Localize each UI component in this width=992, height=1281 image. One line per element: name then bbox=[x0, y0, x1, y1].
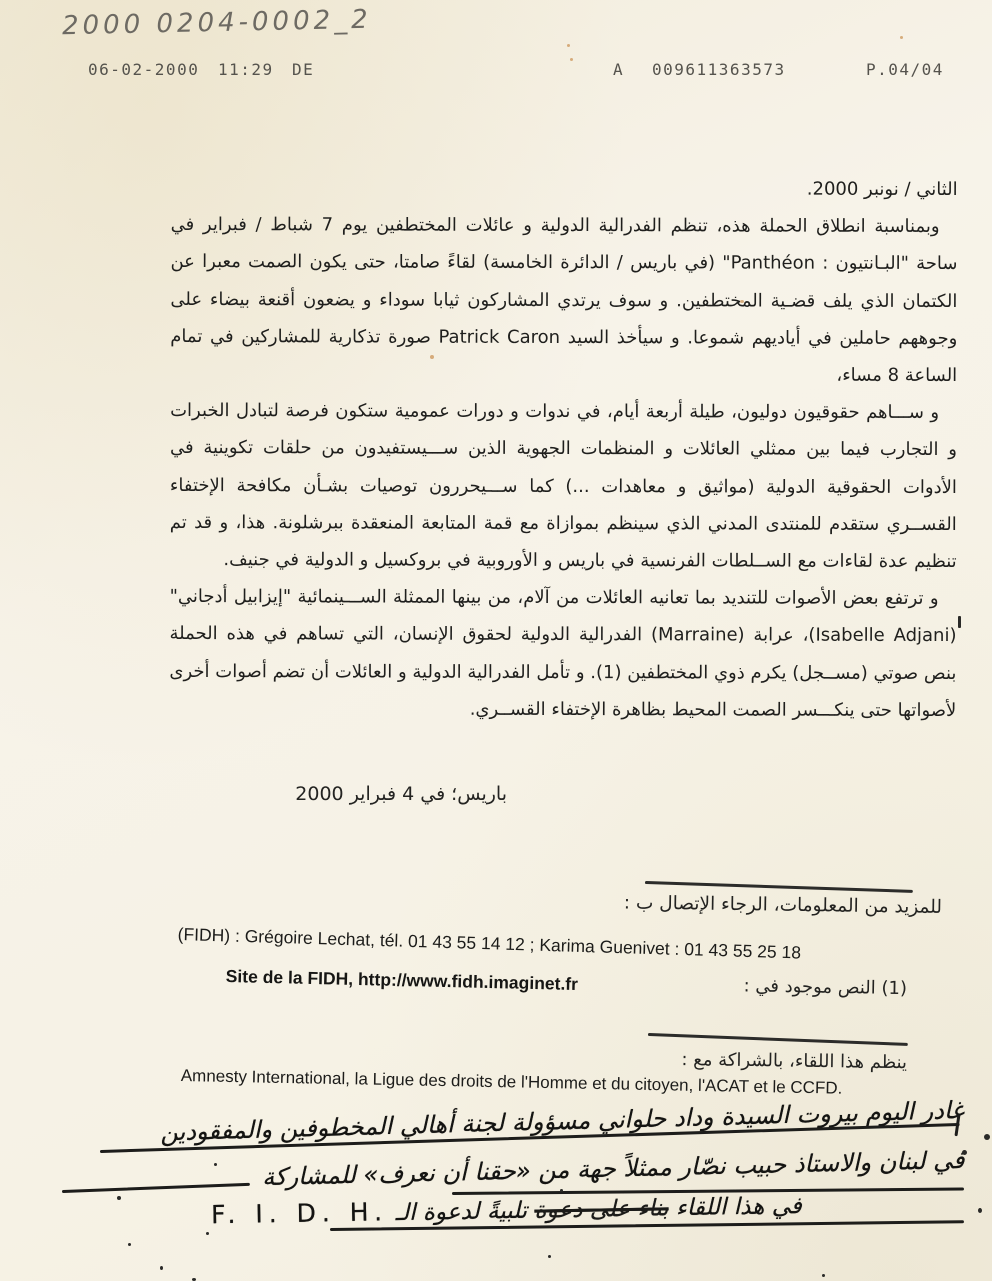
fidh-website-line: Site de la FIDH, http://www.fidh.imagine… bbox=[226, 966, 579, 995]
handwritten-fidh-acronym: F. I. D. H. bbox=[211, 1197, 388, 1229]
fax-time: 11:29 bbox=[218, 60, 274, 79]
partnership-intro-arabic: ينظم هذا اللقاء، بالشراكة مع : bbox=[587, 1048, 907, 1073]
fax-transmission-header: 06-02-2000 11:29 DE A 009611363573 P.04/… bbox=[0, 60, 992, 84]
footnote-text-available: (1) النص موجود في : bbox=[657, 974, 907, 999]
fax-number: 009611363573 bbox=[652, 60, 786, 79]
handwritten-note-line2: في لبنان والاستاذ حبيب نصّار ممثلاً جهة … bbox=[261, 1146, 964, 1191]
fax-document-page: 2000 0204-0002_2 06-02-2000 11:29 DE A 0… bbox=[0, 0, 992, 1281]
dateline-paris: باريس؛ في 4 فبراير 2000 bbox=[297, 783, 507, 805]
handwritten-line3-start: في هذا اللقاء bbox=[669, 1193, 803, 1221]
body-paragraph: وبمناسبة انطلاق الحملة هذه، تنظم الفدرال… bbox=[170, 206, 957, 394]
fax-page-indicator: P.04/04 bbox=[866, 60, 944, 79]
press-release-body: الثاني / نونبر 2000. وبمناسبة انطلاق الح… bbox=[169, 169, 957, 729]
fax-to-label: A bbox=[613, 60, 624, 79]
handwritten-archive-id: 2000 0204-0002_2 bbox=[62, 5, 372, 41]
divider-line bbox=[648, 1033, 908, 1045]
contact-intro-arabic: للمزيد من المعلومات، الرجاء الإتصال ب : bbox=[522, 891, 942, 918]
fax-date: 06-02-2000 bbox=[88, 60, 199, 79]
contact-phone-line: (FIDH) : Grégoire Lechat, tél. 01 43 55 … bbox=[177, 924, 897, 966]
body-paragraph: و ســـاهم حقوقيون دوليون، طيلة أربعة أيا… bbox=[170, 392, 957, 580]
handwritten-underline bbox=[62, 1183, 250, 1193]
handwritten-crossed-out-word: بناء على دعوة bbox=[534, 1195, 669, 1223]
handwritten-note-line1: غادر اليوم بيروت السيدة وداد حلواني مسؤو… bbox=[160, 1096, 964, 1146]
handwritten-line3-end: تلبيةً لدعوة الـ bbox=[388, 1198, 535, 1227]
fax-from-label: DE bbox=[292, 60, 314, 79]
divider-line bbox=[645, 881, 913, 892]
body-paragraph: و ترتفع بعض الأصوات للتنديد بما تعانيه ا… bbox=[169, 578, 956, 729]
body-paragraph: الثاني / نونبر 2000. bbox=[171, 169, 958, 208]
